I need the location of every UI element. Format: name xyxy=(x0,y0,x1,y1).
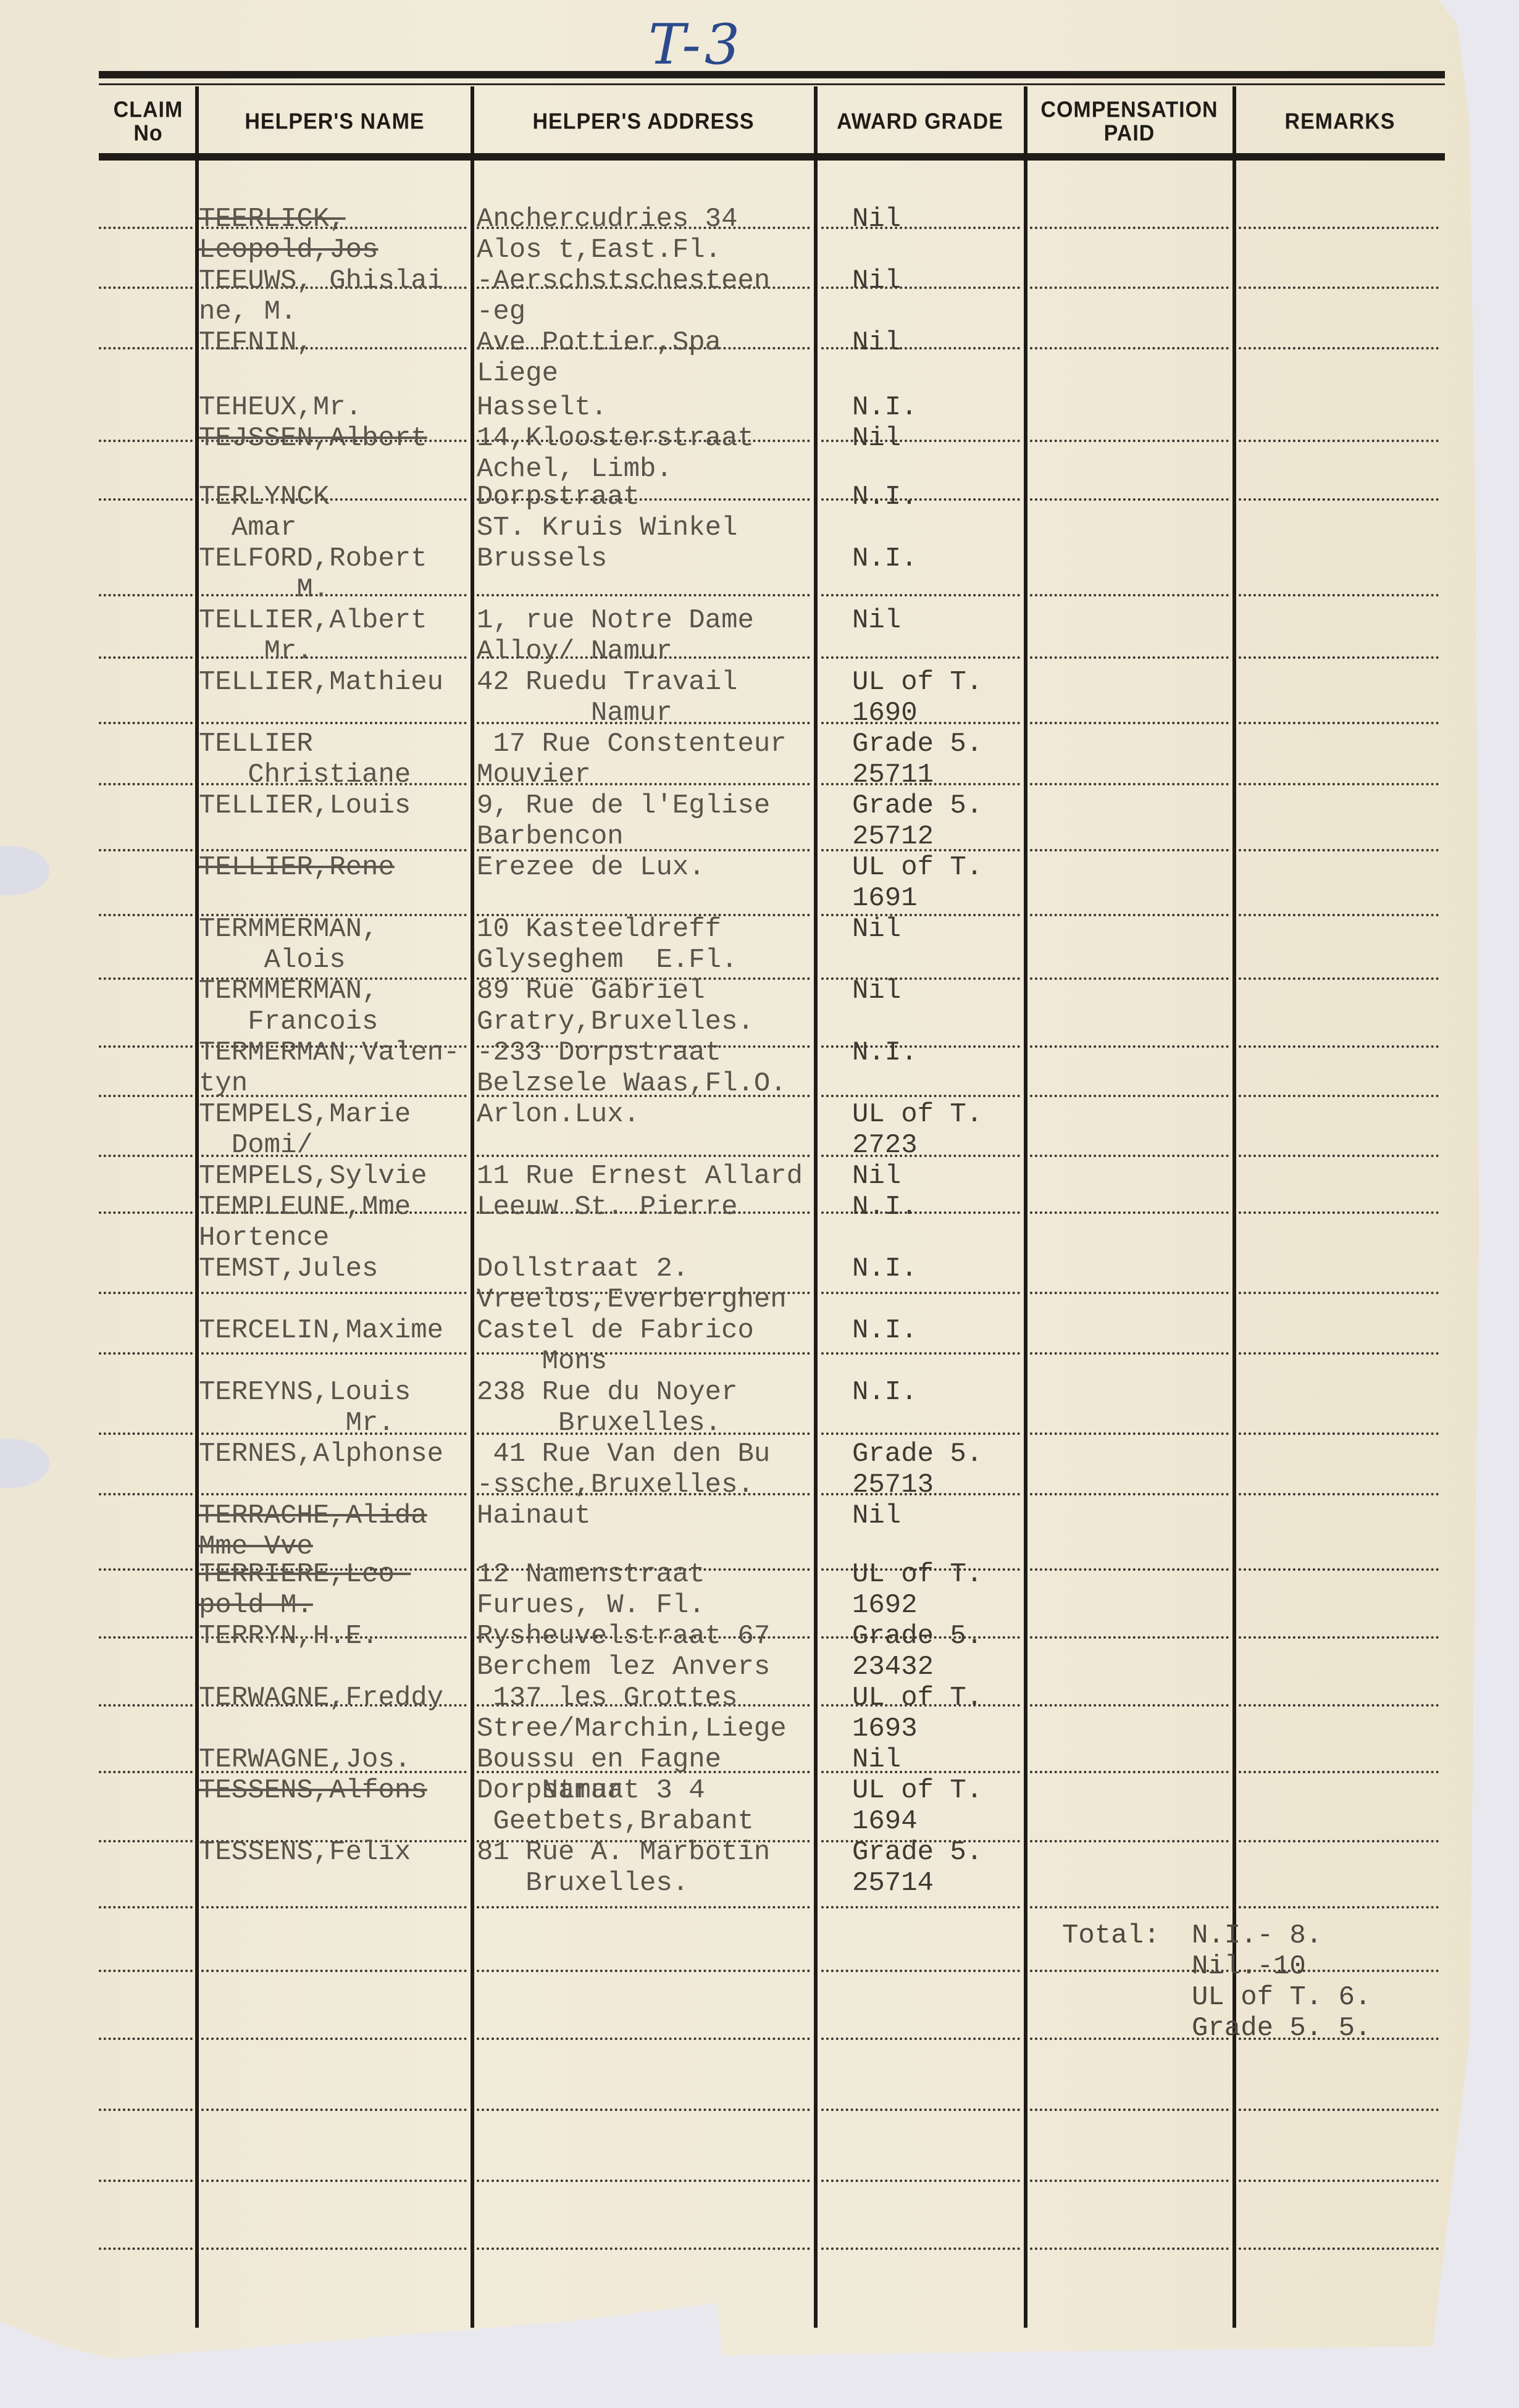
dotted-row-line xyxy=(821,2109,1020,2111)
dotted-row-line xyxy=(99,498,193,501)
helper-name: TEMPELS,Marie xyxy=(199,1099,411,1130)
dotted-row-line xyxy=(1030,2109,1229,2111)
helper-address: Geetbets,Brabant xyxy=(477,1806,754,1837)
dotted-row-line xyxy=(1239,1568,1439,1571)
helper-name: TELLIER,Albert xyxy=(199,605,427,636)
award-grade: N.I. xyxy=(852,1377,918,1408)
header-top-thin-rule xyxy=(99,83,1445,85)
helper-name: TEJSSEN,Albert xyxy=(199,423,427,454)
helper-name: TERRYN,H.E. xyxy=(199,1621,378,1652)
dotted-row-line xyxy=(99,722,193,724)
dotted-row-line xyxy=(1239,849,1439,851)
award-grade: 25713 xyxy=(852,1469,934,1500)
dotted-row-line xyxy=(1030,2180,1229,2182)
dotted-row-line xyxy=(821,1771,1020,1773)
award-grade: 1693 xyxy=(852,1713,918,1744)
helper-address: Hasselt. xyxy=(477,392,607,423)
dotted-row-line xyxy=(1239,1636,1439,1639)
helper-address: Alos t,East.Fl. xyxy=(477,235,721,265)
helper-address: Bruxelles. xyxy=(477,1868,688,1899)
dotted-row-line xyxy=(99,1970,193,1972)
dotted-row-line xyxy=(477,2038,810,2040)
dotted-row-line xyxy=(99,1906,193,1908)
helper-address: Glyseghem E.Fl. xyxy=(477,945,737,976)
award-grade: 2723 xyxy=(852,1130,918,1161)
dotted-row-line xyxy=(821,1211,1020,1214)
dotted-row-line xyxy=(201,849,467,851)
dotted-row-line xyxy=(1239,2180,1439,2182)
dotted-row-line xyxy=(99,2247,193,2250)
dotted-row-line xyxy=(821,498,1020,501)
award-grade: 25711 xyxy=(852,759,934,790)
helper-address: Achel, Limb. xyxy=(477,454,672,485)
dotted-row-line xyxy=(821,722,1020,724)
dotted-row-line xyxy=(821,1292,1020,1294)
dotted-row-line xyxy=(821,440,1020,442)
dotted-row-line xyxy=(99,1704,193,1707)
dotted-row-line xyxy=(821,1352,1020,1355)
column-header-award-grade: AWARD GRADE xyxy=(816,91,1024,153)
helper-name: TERMMERMAN, xyxy=(199,914,378,945)
dotted-row-line xyxy=(1239,977,1439,980)
header-claim-text: CLAIM xyxy=(114,99,183,122)
award-grade: N.I. xyxy=(852,482,918,512)
dotted-row-line xyxy=(1239,1840,1439,1842)
dotted-row-line xyxy=(1239,2109,1439,2111)
helper-address: 9, Rue de l'Eglise xyxy=(477,790,770,821)
dotted-row-line xyxy=(1030,1568,1229,1571)
dotted-row-line xyxy=(99,977,193,980)
dotted-row-line xyxy=(1030,227,1229,229)
helper-address: Namur xyxy=(477,698,672,729)
header-address-text: HELPER'S ADDRESS xyxy=(532,111,754,133)
dotted-row-line xyxy=(1030,286,1229,289)
dotted-row-line xyxy=(821,2247,1020,2250)
helper-name: Amar xyxy=(199,512,296,543)
dotted-row-line xyxy=(1030,2247,1229,2250)
award-grade: 1691 xyxy=(852,883,918,914)
helper-address: Anchercudries 34 xyxy=(477,204,737,235)
award-grade: UL of T. xyxy=(852,667,982,698)
helper-name: TELFORD,Robert xyxy=(199,543,427,574)
helper-address: 89 Rue Gabriel xyxy=(477,976,705,1006)
helper-name: TEEUWS, Ghislai xyxy=(199,265,443,296)
helper-address: Dorpstraat xyxy=(477,482,640,512)
helper-name: Alois xyxy=(199,945,346,976)
helper-name: Leopold,Jos xyxy=(199,235,378,265)
dotted-row-line xyxy=(1239,227,1439,229)
totals-line: N.I.- 8. xyxy=(1192,1920,1322,1951)
dotted-row-line xyxy=(201,2038,467,2040)
award-grade: Nil xyxy=(852,204,901,235)
helper-address: ST. Kruis Winkel xyxy=(477,512,737,543)
column-header-helper-address: HELPER'S ADDRESS xyxy=(473,91,814,153)
dotted-row-line xyxy=(821,2038,1020,2040)
dotted-row-line xyxy=(821,656,1020,659)
dotted-row-line xyxy=(1239,914,1439,916)
totals-line: Grade 5. 5. xyxy=(1192,2013,1371,2044)
helper-address: 12 Namenstraat xyxy=(477,1559,705,1590)
dotted-row-line xyxy=(1239,1095,1439,1097)
helper-address: Brussels xyxy=(477,543,607,574)
dotted-row-line xyxy=(201,1970,467,1972)
award-grade: Nil xyxy=(852,976,901,1006)
dotted-row-line xyxy=(99,849,193,851)
dotted-row-line xyxy=(821,594,1020,596)
dotted-row-line xyxy=(1030,1211,1229,1214)
dotted-row-line xyxy=(1030,1704,1229,1707)
helper-name: TEREYNS,Louis xyxy=(199,1377,411,1408)
dotted-row-line xyxy=(99,1636,193,1639)
column-divider xyxy=(1024,86,1027,2328)
dotted-row-line xyxy=(99,1352,193,1355)
award-grade: N.I. xyxy=(852,1192,918,1223)
helper-address: Dollstraat 2. xyxy=(477,1253,688,1284)
dotted-row-line xyxy=(99,1493,193,1495)
helper-address: Liege xyxy=(477,358,558,389)
helper-address: Barbencon xyxy=(477,821,624,852)
award-grade: Nil xyxy=(852,605,901,636)
helper-address: Alloy/ Namur xyxy=(477,636,672,667)
column-divider xyxy=(814,86,818,2328)
award-grade: 1690 xyxy=(852,698,918,729)
helper-address: 238 Rue du Noyer xyxy=(477,1377,737,1408)
dotted-row-line xyxy=(99,1095,193,1097)
dotted-row-line xyxy=(1030,1292,1229,1294)
dotted-row-line xyxy=(1239,1211,1439,1214)
dotted-row-line xyxy=(1030,1493,1229,1495)
helper-address: -eg xyxy=(477,296,525,327)
helper-address: Stree/Marchin,Liege xyxy=(477,1713,787,1744)
dotted-row-line xyxy=(821,227,1020,229)
column-header-claim-no: CLAIM No xyxy=(99,91,198,153)
dotted-row-line xyxy=(201,1906,467,1908)
award-grade: N.I. xyxy=(852,1037,918,1068)
dotted-row-line xyxy=(1030,498,1229,501)
award-grade: UL of T. xyxy=(852,1559,982,1590)
dotted-row-line xyxy=(99,1568,193,1571)
dotted-row-line xyxy=(821,2180,1020,2182)
award-grade: Nil xyxy=(852,265,901,296)
award-grade: 23432 xyxy=(852,1652,934,1683)
dotted-row-line xyxy=(1030,1840,1229,1842)
award-grade: N.I. xyxy=(852,392,918,423)
dotted-row-line xyxy=(477,594,810,596)
column-header-compensation-paid: COMPENSATION PAID xyxy=(1026,91,1232,153)
helper-address: Hainaut xyxy=(477,1500,591,1531)
helper-address: Furues, W. Fl. xyxy=(477,1590,705,1621)
helper-address: Arlon.Lux. xyxy=(477,1099,640,1130)
header-top-rule xyxy=(99,71,1445,78)
dotted-row-line xyxy=(99,1292,193,1294)
dotted-row-line xyxy=(99,1211,193,1214)
dotted-row-line xyxy=(477,1970,810,1972)
totals-label: Total: xyxy=(1062,1920,1160,1951)
helper-name: TELLIER,Rene xyxy=(199,852,395,883)
award-grade: UL of T. xyxy=(852,1683,982,1713)
helper-address: -233 Dorpstraat xyxy=(477,1037,721,1068)
helper-address: Vreelos,Everberghen xyxy=(477,1284,787,1315)
dotted-row-line xyxy=(821,286,1020,289)
dotted-row-line xyxy=(1239,1493,1439,1495)
helper-name: tyn xyxy=(199,1068,248,1099)
helper-name: Mme Vve xyxy=(199,1531,313,1562)
helper-name: Hortence xyxy=(199,1223,329,1253)
award-grade: Grade 5. xyxy=(852,1621,982,1652)
helper-name: TELLIER,Louis xyxy=(199,790,411,821)
helper-address: Boussu en Fagne xyxy=(477,1744,721,1775)
dotted-row-line xyxy=(99,227,193,229)
dotted-row-line xyxy=(1239,1292,1439,1294)
helper-name: TERRIERE,Leo- xyxy=(199,1559,411,1590)
column-header-helper-name: HELPER'S NAME xyxy=(199,91,471,153)
dotted-row-line xyxy=(1030,1095,1229,1097)
dotted-row-line xyxy=(1030,1045,1229,1048)
award-grade: 25714 xyxy=(852,1868,934,1899)
helper-address: 41 Rue Van den Bu xyxy=(477,1439,770,1469)
helper-name: TERMMERMAN, xyxy=(199,976,378,1006)
helper-address: Ave Pottier,Spa xyxy=(477,327,721,358)
helper-name: TEMST,Jules xyxy=(199,1253,378,1284)
dotted-row-line xyxy=(1030,1636,1229,1639)
dotted-row-line xyxy=(1239,498,1439,501)
award-grade: Nil xyxy=(852,1161,901,1192)
dotted-row-line xyxy=(821,1045,1020,1048)
header-bottom-rule xyxy=(99,153,1445,161)
dotted-row-line xyxy=(99,2180,193,2182)
helper-name: TESSENS,Alfons xyxy=(199,1775,427,1806)
dotted-row-line xyxy=(1030,1155,1229,1157)
dotted-row-line xyxy=(1239,347,1439,349)
dotted-row-line xyxy=(201,1352,467,1355)
dotted-row-line xyxy=(1239,1352,1439,1355)
award-grade: UL of T. xyxy=(852,1099,982,1130)
helper-address: Gratry,Bruxelles. xyxy=(477,1006,754,1037)
helper-address: 81 Rue A. Marbotin xyxy=(477,1837,770,1868)
dotted-row-line xyxy=(1030,783,1229,785)
helper-name: Francois xyxy=(199,1006,378,1037)
dotted-row-line xyxy=(1030,440,1229,442)
header-comp-line2: PAID xyxy=(1104,122,1155,145)
helper-name: TEMPLEUNE,Mme xyxy=(199,1192,411,1223)
dotted-row-line xyxy=(201,1292,467,1294)
award-grade: 25712 xyxy=(852,821,934,852)
dotted-row-line xyxy=(1030,656,1229,659)
dotted-row-line xyxy=(821,1432,1020,1435)
helper-name: TERWAGNE,Jos. xyxy=(199,1744,411,1775)
dotted-row-line xyxy=(1239,594,1439,596)
helper-address: 137 les Grottes xyxy=(477,1683,737,1713)
helper-address: Leeuw St. Pierre xyxy=(477,1192,737,1223)
dotted-row-line xyxy=(821,1155,1020,1157)
helper-name: Mr. xyxy=(199,636,313,667)
dotted-row-line xyxy=(1239,783,1439,785)
dotted-row-line xyxy=(1239,1432,1439,1435)
helper-name: TERMERMAN,Valen- xyxy=(199,1037,459,1068)
dotted-row-line xyxy=(99,1045,193,1048)
helper-name: TEERLICK, xyxy=(199,204,346,235)
helper-address: 1, rue Notre Dame xyxy=(477,605,754,636)
handwritten-label: T-3 xyxy=(648,12,743,77)
dotted-row-line xyxy=(1030,1906,1229,1908)
column-header-remarks: REMARKS xyxy=(1235,91,1445,153)
dotted-row-line xyxy=(201,722,467,724)
dotted-row-line xyxy=(1030,722,1229,724)
helper-address: -Aerschstschesteen xyxy=(477,265,770,296)
helper-name: TESSENS,Felix xyxy=(199,1837,411,1868)
dotted-row-line xyxy=(477,1155,810,1157)
dotted-row-line xyxy=(821,347,1020,349)
dotted-row-line xyxy=(821,1970,1020,1972)
dotted-row-line xyxy=(1239,1906,1439,1908)
dotted-row-line xyxy=(1239,440,1439,442)
helper-name: TELLIER xyxy=(199,729,313,759)
dotted-row-line xyxy=(1030,914,1229,916)
helper-name: Mr. xyxy=(199,1408,395,1439)
dotted-row-line xyxy=(1030,1352,1229,1355)
helper-name: TERWAGNE,Freddy xyxy=(199,1683,443,1713)
award-grade: Nil xyxy=(852,914,901,945)
dotted-row-line xyxy=(1239,722,1439,724)
award-grade: Grade 5. xyxy=(852,790,982,821)
dotted-row-line xyxy=(821,977,1020,980)
dotted-row-line xyxy=(1239,2247,1439,2250)
award-grade: Nil xyxy=(852,327,901,358)
dotted-row-line xyxy=(1030,977,1229,980)
award-grade: Nil xyxy=(852,423,901,454)
dotted-row-line xyxy=(99,1771,193,1773)
header-name-text: HELPER'S NAME xyxy=(245,111,424,133)
helper-name: TERLYNCK xyxy=(199,482,329,512)
dotted-row-line xyxy=(477,2180,810,2182)
helper-address: Mouvier xyxy=(477,759,591,790)
dotted-row-line xyxy=(1239,286,1439,289)
helper-name: TELLIER,Mathieu xyxy=(199,667,443,698)
header-remarks-text: REMARKS xyxy=(1285,111,1396,133)
helper-address: Castel de Fabrico xyxy=(477,1315,754,1346)
helper-name: pold M. xyxy=(199,1590,313,1621)
dotted-row-line xyxy=(1239,1045,1439,1048)
dotted-row-line xyxy=(1030,1432,1229,1435)
dotted-row-line xyxy=(1030,594,1229,596)
dotted-row-line xyxy=(99,656,193,659)
helper-address: Mons xyxy=(477,1346,607,1377)
helper-name: M. xyxy=(199,574,329,605)
award-grade: Grade 5. xyxy=(852,1439,982,1469)
helper-address: Rysheuvelstraat 67 xyxy=(477,1621,770,1652)
helper-address: Bruxelles. xyxy=(477,1408,721,1439)
dotted-row-line xyxy=(99,783,193,785)
dotted-row-line xyxy=(99,1840,193,1842)
helper-name: Domi/ xyxy=(199,1130,313,1161)
column-divider xyxy=(471,86,474,2328)
dotted-row-line xyxy=(99,440,193,442)
helper-name: TERCELIN,Maxime xyxy=(199,1315,443,1346)
award-grade: N.I. xyxy=(852,543,918,574)
dotted-row-line xyxy=(99,2109,193,2111)
dotted-row-line xyxy=(99,594,193,596)
dotted-row-line xyxy=(821,1095,1020,1097)
totals-line: UL of T. 6. xyxy=(1192,1982,1371,2013)
header-comp-line1: COMPENSATION xyxy=(1040,99,1218,122)
dotted-row-line xyxy=(99,347,193,349)
dotted-row-line xyxy=(821,914,1020,916)
award-grade: UL of T. xyxy=(852,852,982,883)
dotted-row-line xyxy=(1239,1704,1439,1707)
award-grade: N.I. xyxy=(852,1315,918,1346)
award-grade: Grade 5. xyxy=(852,729,982,759)
dotted-row-line xyxy=(99,286,193,289)
helper-address: Dorpstraat 3 4 xyxy=(477,1775,705,1806)
dotted-row-line xyxy=(201,1493,467,1495)
helper-address: Berchem lez Anvers xyxy=(477,1652,770,1683)
dotted-row-line xyxy=(201,2180,467,2182)
dotted-row-line xyxy=(821,1906,1020,1908)
dotted-row-line xyxy=(99,914,193,916)
helper-address: Belzsele Waas,Fl.O. xyxy=(477,1068,787,1099)
award-grade: Nil xyxy=(852,1744,901,1775)
dotted-row-line xyxy=(477,1906,810,1908)
dotted-row-line xyxy=(1030,849,1229,851)
dotted-row-line xyxy=(1030,347,1229,349)
helper-address: 10 Kasteeldreff xyxy=(477,914,721,945)
helper-address: Erezee de Lux. xyxy=(477,852,705,883)
dotted-row-line xyxy=(1239,656,1439,659)
totals-line: Nil.-10 xyxy=(1192,1951,1306,1982)
award-grade: 1694 xyxy=(852,1806,918,1837)
helper-name: ne, M. xyxy=(199,296,296,327)
header-award-text: AWARD GRADE xyxy=(837,111,1003,133)
dotted-row-line xyxy=(99,2038,193,2040)
award-grade: UL of T. xyxy=(852,1775,982,1806)
dotted-row-line xyxy=(201,2247,467,2250)
dotted-row-line xyxy=(1239,1771,1439,1773)
dotted-row-line xyxy=(99,1432,193,1435)
award-grade: Grade 5. xyxy=(852,1837,982,1868)
helper-name: TEFNIN, xyxy=(199,327,313,358)
dotted-row-line xyxy=(1030,1771,1229,1773)
dotted-row-line xyxy=(477,2247,810,2250)
helper-address: 14,Kloosterstraat xyxy=(477,423,754,454)
helper-name: TEMPELS,Sylvie xyxy=(199,1161,427,1192)
dotted-row-line xyxy=(99,1155,193,1157)
dotted-row-line xyxy=(1239,1155,1439,1157)
helper-address: 42 Ruedu Travail xyxy=(477,667,737,698)
header-no-text: No xyxy=(133,122,162,145)
award-grade: 1692 xyxy=(852,1590,918,1621)
helper-name: TERRACHE,Alida xyxy=(199,1500,427,1531)
dotted-row-line xyxy=(201,2109,467,2111)
helper-address: -ssche,Bruxelles. xyxy=(477,1469,754,1500)
helper-name: Christiane xyxy=(199,759,411,790)
dotted-row-line xyxy=(477,2109,810,2111)
helper-name: TERNES,Alphonse xyxy=(199,1439,443,1469)
helper-name: TEHEUX,Mr. xyxy=(199,392,362,423)
helper-address: 17 Rue Constenteur xyxy=(477,729,787,759)
helper-address: 11 Rue Ernest Allard xyxy=(477,1161,803,1192)
award-grade: Nil xyxy=(852,1500,901,1531)
award-grade: N.I. xyxy=(852,1253,918,1284)
